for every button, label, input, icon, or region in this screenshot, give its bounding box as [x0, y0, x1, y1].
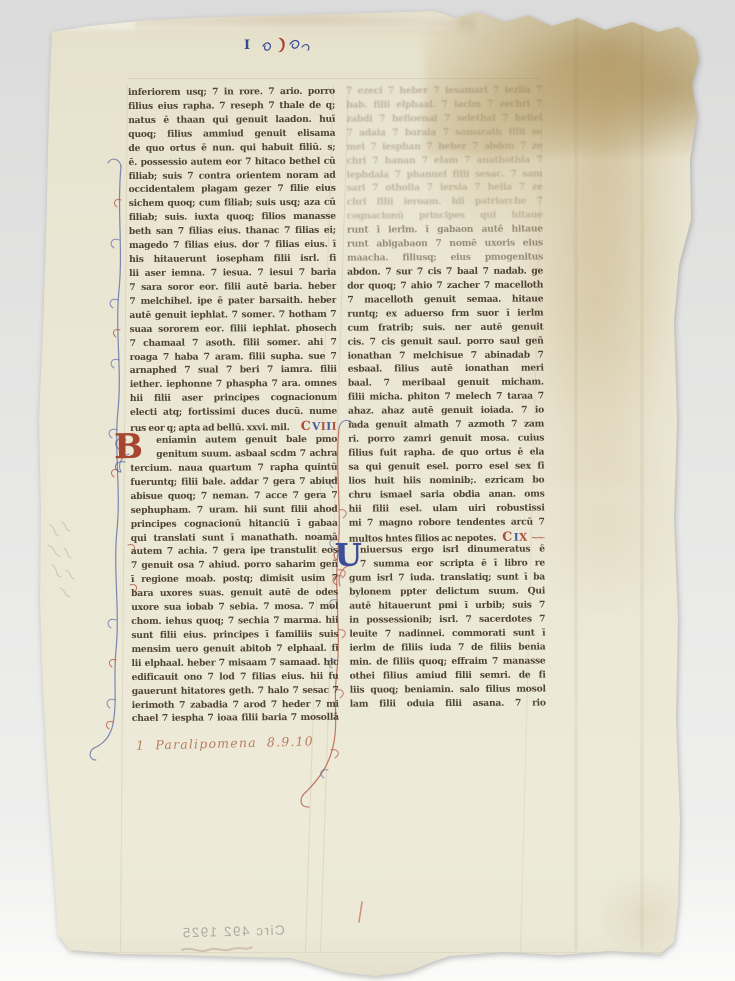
vertical-crease: [575, 18, 577, 950]
text-line: hii filii aser principes cognacionum: [130, 391, 337, 406]
text-line: chru ismael saria obdia anan. oms: [348, 487, 544, 502]
text-line: qui translati sunt ī manathath. noamā: [131, 530, 338, 545]
text-line: principes cognacionū hitanciū ī gabaa: [131, 516, 338, 531]
text-line: filiab; suis. iuxta quoq; filios manasse: [129, 210, 336, 225]
text-line: 7 genuit osa 7 ahiud. porro saharim geñ: [131, 558, 338, 573]
text-line: autē hitauerunt pmi ī urbib; suis 7: [349, 599, 545, 614]
footer-inscription: 1 Paralipomena 8.9.10: [136, 732, 366, 753]
text-line: eniamin autem genuit bale pmo: [130, 433, 337, 448]
manuscript-leaf: I: [0, 0, 735, 981]
text-line: lios huit hiis nominib;. ezricam bo: [348, 473, 544, 488]
text-line: suaa sororem eor. filii iephlat. phosech: [129, 321, 336, 336]
text-line: mei 7 iesphan 7 heber 7 abdon 7 ze: [346, 139, 542, 154]
text-line: runt abigabaon 7 nomē uxoris eius: [347, 237, 543, 252]
text-line: beth san 7 filias eius. thanac 7 filias …: [129, 224, 336, 239]
ruling-line: [62, 952, 674, 953]
text-line: sa qui genuit esel. porro esel sex fi: [348, 459, 544, 474]
text-line: magedo 7 filias eius. dor 7 filias eius.…: [129, 238, 336, 253]
text-line: niuersus ergo isrl dinumeratus ē: [349, 543, 545, 558]
parchment: I: [0, 0, 735, 981]
text-line: othei filius amiud filii semri. de fi: [350, 668, 546, 683]
text-line: iether. iephonne 7 phaspha 7 ara. omnes: [130, 377, 337, 392]
text-line: cis. 7 cis genuit saul. porro saul geñ: [348, 334, 544, 349]
column-right: U 7 ezeci 7 heber 7 iesamari 7 iezlia 7b…: [346, 83, 546, 725]
chapter-marker-IX: CIX: [502, 529, 528, 544]
text-line: 7 summa eor scripta ē ī libro re: [349, 557, 545, 572]
text-line: natus ē thaan qui genuit laadon. huī: [128, 113, 335, 128]
text-line: bylonem ppter delictum suum. Qui: [349, 585, 545, 600]
text-line: 7 melchihel. ipe ē pater barsaith. heber: [129, 294, 336, 309]
text-line: filii micha. phiton 7 melech 7 taraa 7: [348, 390, 544, 405]
text-line: electi atq; fortissimi duces ducū. nume: [130, 405, 337, 420]
text-line: fueruntq; filii bale. addar 7 gera 7 abi…: [130, 475, 337, 490]
text-line: mi 7 magno robore tendentes arcū 7: [349, 515, 545, 530]
text-line: leuite 7 nadinnei. commorati sunt ī: [349, 626, 545, 641]
text-line: ionathan 7 melchisue 7 abinadab 7: [348, 348, 544, 363]
text-line: liis quoq; beniamin. salo filius mosol: [350, 682, 546, 697]
text-line: min. de filiis quoq; effraim 7 manasse: [349, 654, 545, 669]
text-line: runt ī ierlm. ī gabaon autē hitaue: [347, 223, 543, 238]
text-line: abdon. 7 sur 7 cis 7 baal 7 nadab. ge: [347, 264, 543, 279]
torn-top-edge: [48, 12, 458, 30]
text-line: zabdi 7 helioenai 7 selethai 7 heliel: [346, 111, 542, 126]
text-line: mensim uero genuit abitob 7 elphaal. fi: [131, 642, 338, 657]
text-line: inferiorem usq; 7 in rore. 7 ario. porro: [128, 85, 335, 100]
text-line: filiab; suis 7 contra orientem noram ad: [129, 168, 336, 183]
text-line: occidentalem plagam gezer 7 filie eius: [129, 182, 336, 197]
stain-right-lower: [530, 420, 680, 620]
text-line: dor quoq; 7 ahio 7 zacher 7 macelloth: [347, 278, 543, 293]
text-line: iada genuit almath 7 azmoth 7 zam: [348, 418, 544, 433]
text-line: rus eor q; apta ad bellū. xxvi. mil.CVII…: [130, 419, 337, 434]
text-line: ierimoth 7 zabadia 7 arod 7 heder 7 mi: [132, 697, 339, 712]
text-line: ri. porro zamri genuit mosa. cuius: [348, 432, 544, 447]
text-line: arnaphed 7 sual 7 beri 7 iamra. filii: [130, 363, 337, 378]
text-line: multos hntes filios ac nepotes.CIX~~~~: [349, 529, 545, 544]
ruling-line: [128, 78, 540, 79]
text-line: edificauit ono 7 lod 7 filias eius. hii …: [132, 669, 339, 684]
text-block: B inferiorem usq; 7 in rore. 7 ario. por…: [128, 83, 546, 726]
text-line: baal. 7 meribaal genuit micham.: [348, 376, 544, 391]
text-line: tercium. naua quartum 7 rapha quintū: [130, 461, 337, 476]
text-line: ierlm de filiis iuda 7 de filiis benia: [349, 640, 545, 655]
text-line: abisue quoq; 7 neman. 7 acce 7 gera 7: [130, 488, 337, 503]
chapter-marker-VIII: CVIII: [301, 419, 337, 434]
text-line: runtq; ex aduerso frm suor ī ierlm: [347, 306, 543, 321]
text-line: 7 chamaal 7 asoth. filii somer. ahi 7: [130, 335, 337, 350]
accession-number-mirrored: Circ 492 1925: [158, 922, 308, 941]
text-line: bara uxores suas. genuit autē de odes: [131, 586, 338, 601]
text-line: bab. filii elphaal. 7 iacim 7 zechri 7: [346, 97, 542, 112]
pencil-scribbles: [48, 522, 74, 597]
text-line: chael 7 iespha 7 ioaa filii baria 7 moso…: [132, 711, 339, 726]
text-line: in possessionib; isrl. 7 sacerdotes 7: [349, 612, 545, 627]
text-line: roaga 7 haba 7 aram. filii supha. sue 7: [130, 349, 337, 364]
text-line: esbaal. filius autē ionathan meri: [348, 362, 544, 377]
text-line: filius eius rapha. 7 reseph 7 thale de q…: [128, 99, 335, 114]
vertical-crease: [641, 14, 643, 950]
text-line: quoq; filius ammiud genuit elisama: [128, 127, 335, 142]
text-line: 7 adaia 7 baraia 7 samarath filii se: [346, 125, 542, 140]
text-line: chri 7 hanan 7 elam 7 anathothia 7: [346, 153, 542, 168]
text-line: his hitauerunt iosepham filii isrl. fi: [129, 252, 336, 267]
running-title-ornament: [260, 34, 312, 56]
text-line: hii filii esel. ulam uiri robustissi: [349, 501, 545, 516]
text-line: ē. possessio autem eor 7 hitaco bethel c…: [128, 154, 335, 169]
text-line: chom. iehus quoq; 7 sechia 7 marma. hii: [131, 614, 338, 629]
text-line: chri filii ieroam. hii patriarche 7: [347, 195, 543, 210]
text-line: uxore sua iobab 7 sebia. 7 mosa. 7 mol: [131, 600, 338, 615]
red-registration-tick: [359, 902, 362, 922]
column-left: B inferiorem usq; 7 in rore. 7 ario. por…: [128, 85, 339, 727]
text-line: 7 macelloth genuit semaa. hitaue: [347, 292, 543, 307]
text-line: de quo ortus ē nun. qui habuit filiū. s;: [128, 140, 335, 155]
text-line: lam filii oduia filii asana. 7 rio: [350, 696, 546, 711]
stain-bottom-right: [595, 875, 695, 960]
text-line: sunt filii eius. principes ī familiis su…: [131, 628, 338, 643]
ruling-line: [120, 85, 128, 951]
text-line: filius fuit rapha. de quo ortus ē ela: [348, 445, 544, 460]
text-line: iephdaia 7 phanuel filii sesac. 7 sam: [347, 167, 543, 182]
faint-handwriting-trace: [182, 947, 252, 951]
text-line: ī regione moab. postq; dimisit usim 7: [131, 572, 338, 587]
text-line: cognacionū principes qui hitaue: [347, 209, 543, 224]
text-line: sephupham. 7 uram. hii sunt filii ahod: [131, 502, 338, 517]
text-line: maacha. filiusq; eius pmogenitus: [347, 251, 543, 266]
text-line: sichem quoq; cum filiab; suis usq; aza c…: [129, 196, 336, 211]
text-line: autem 7 achia. 7 gera ipe transtulit eos: [131, 544, 338, 559]
text-line: 7 ezeci 7 heber 7 iesamari 7 iezlia 7: [346, 83, 542, 98]
text-line: genitum suum. asbaal scdm 7 achra: [130, 447, 337, 462]
running-title-numeral: I: [244, 38, 251, 53]
running-title: I: [244, 34, 312, 56]
text-line: gum isrl 7 iuda. translatiq; sunt ī ba: [349, 571, 545, 586]
text-line: ahaz. ahaz autē genuit ioiada. 7 io: [348, 404, 544, 419]
text-line: lii elphaal. heber 7 misaam 7 samaad. hi…: [131, 656, 338, 671]
text-line: 7 sara soror eor. filii autē baria. hebe…: [129, 280, 336, 295]
text-line: sari 7 otholia 7 iersia 7 helia 7 ze: [347, 181, 543, 196]
text-line: gauerunt hitatores geth. 7 halo 7 sesac …: [132, 683, 339, 698]
photograph-background: I: [0, 0, 735, 981]
text-line: cum fratrib; suis. ner autē genuit: [347, 320, 543, 335]
text-line: lii aser iemna. 7 iesua. 7 iesui 7 baria: [129, 266, 336, 281]
text-line: autē genuit iephlat. 7 somer. 7 hotham 7: [129, 307, 336, 322]
